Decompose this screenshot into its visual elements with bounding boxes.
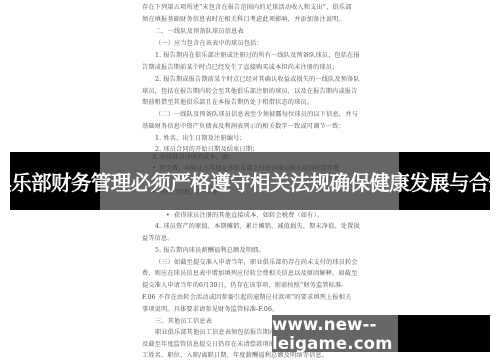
bullet-text: 获得球员注册的其他直接成本，如转会税费（如有）。 xyxy=(174,212,323,219)
doc-line: 事项说明。具体要求请参见财务监管标准-F.06。 xyxy=(142,305,278,314)
section-heading: 三、其他员工信息表 xyxy=(155,317,212,326)
doc-line: 5. 报告期内球员薪酬福利总额及明细。 xyxy=(155,246,265,255)
doc-line: 球员，包括在报告期内转会至其他俱乐部注册的球员，以及在报告期内或报告 xyxy=(142,87,357,96)
doc-line: 4. 球员资产的原值、本期摊销、累计摊销、减值损失、期末净值、处置损 xyxy=(155,222,360,231)
doc-line: F.06 不存在由转会活动或因参赛引起的逾期应付款项”的要求填列上报相关 xyxy=(142,293,351,302)
subsection-heading: （三）如截至提交准入申请当年，职业俱乐部仍存在尚未支付的球员转会 xyxy=(155,258,358,267)
banner-title: 足球俱乐部财务管理必须严格遵守相关法规确保健康发展与合规运营 xyxy=(10,152,490,210)
bullet-item: • 获得球员注册的其他直接成本，如转会税费（如有）。 xyxy=(166,211,323,220)
subsection-heading: （一）应当包含在该表中的球员包括： xyxy=(155,39,263,48)
doc-line: 2. 报告期或报告期前某个时点已经对其确认收益或损失的一线队及预备队 xyxy=(155,75,360,84)
doc-line: 1. 姓名、出生日期及注册编号； xyxy=(155,134,246,143)
doc-line: 存在下列第五项所述“未包含在报告范围内的足球活动收入和支出”，俱乐部 xyxy=(142,3,351,12)
section-heading: 二、一线队及预备队球员信息表 xyxy=(155,27,244,36)
doc-line: 提交准入申请当年的6月30日，仍存在该事项，则需按照“财务监管标准- xyxy=(142,281,344,290)
doc-line: 告期或报告期前某个时点已经发生了直接购买或本担尚未注册的球员； xyxy=(142,63,338,72)
doc-line: 须在填报基础财务信息表时在相关科目考虑此项影响，并添加备注说明。 xyxy=(142,15,345,24)
doc-line: 益等信息。 xyxy=(142,234,174,243)
watermark-text: www.new--leigame.com xyxy=(272,315,490,352)
watermark: www.new--leigame.com xyxy=(272,315,490,352)
subsection-heading: （二）一线队及预备队球员信息表至少须披露每位球员的以下信息，并与 xyxy=(155,110,358,119)
doc-line: 费，则应在球员信息表中增加填列应付转会费相关信息以及原因解释。如截至 xyxy=(142,269,357,278)
doc-line: 期前租借至其他俱乐部且在本报告期仍处于租借状态的球员。 xyxy=(142,98,313,107)
doc-line: 1. 报告期内在俱乐部注册或注册过的所有一线队及预备队球员，包括在报 xyxy=(155,51,360,60)
doc-line: 基础财务信息中资产负债表及利润表列示的相关数字一致或可调节一致： xyxy=(142,122,345,131)
title-banner: 3. 获得球员注册的成本，即： • 转会费，向转让方其他足球俱乐部支付的该球员相… xyxy=(10,152,490,210)
